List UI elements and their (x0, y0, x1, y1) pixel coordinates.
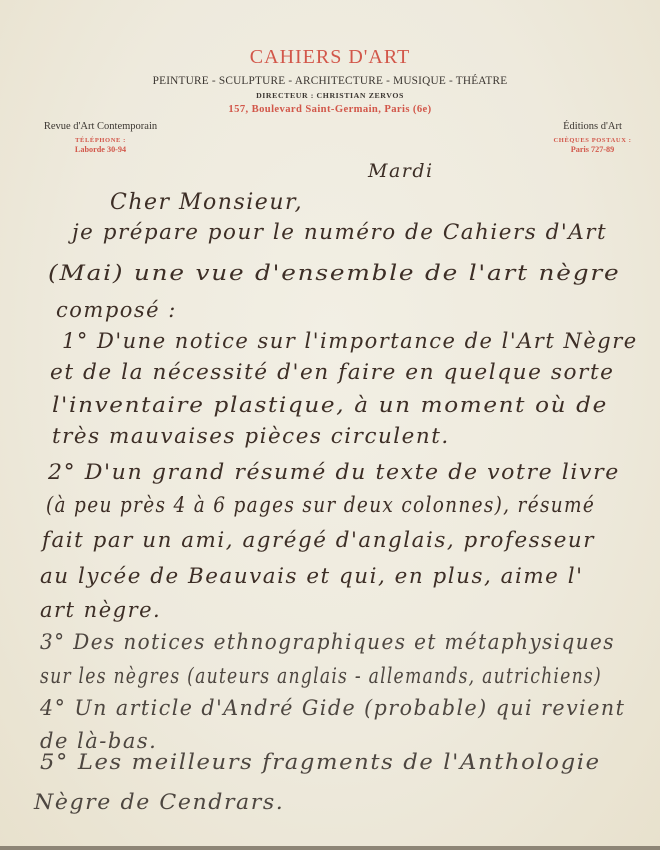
letter-salutation: Cher Monsieur, (110, 190, 303, 215)
letter-line: 5° Les meilleurs fragments de l'Antholog… (40, 750, 601, 774)
letter-line: 3° Des notices ethnographiques et métaph… (40, 630, 615, 654)
letter-line: 2° D'un grand résumé du texte de votre l… (48, 460, 620, 484)
letter-line: je prépare pour le numéro de Cahiers d'A… (72, 220, 607, 244)
letter-line: Nègre de Cendrars. (34, 790, 284, 814)
letter-line: fait par un ami, agrégé d'anglais, profe… (42, 528, 595, 552)
postal-cheques-label: CHÈQUES POSTAUX : (545, 137, 640, 144)
letter-line: art nègre. (40, 598, 161, 622)
letter-line: composé : (56, 298, 177, 322)
letter-line: très mauvaises pièces circulent. (52, 424, 450, 448)
letter-line: 1° D'une notice sur l'importance de l'Ar… (62, 329, 638, 353)
letter-date: Mardi (368, 160, 434, 182)
letter-page: CAHIERS D'ART PEINTURE - SCULPTURE - ARC… (0, 0, 660, 850)
letter-line: (à peu près 4 à 6 pages sur deux colonne… (46, 493, 595, 517)
telephone-value: Laborde 30-94 (38, 145, 163, 154)
postal-cheques-value: Paris 727-89 (545, 145, 640, 154)
review-title: Revue d'Art Contemporain (38, 121, 163, 132)
letter-line: au lycée de Beauvais et qui, en plus, ai… (40, 564, 584, 588)
letter-line: (Mai) une vue d'ensemble de l'art nègre (48, 261, 620, 285)
letter-line: l'inventaire plastique, à un moment où d… (52, 393, 608, 417)
letterhead-subtitle: PEINTURE - SCULPTURE - ARCHITECTURE - MU… (0, 75, 660, 87)
letter-line: 4° Un article d'André Gide (probable) qu… (40, 696, 625, 720)
editions-title: Éditions d'Art (545, 121, 640, 132)
letter-line: sur les nègres (auteurs anglais - allema… (40, 664, 602, 688)
letterhead-title: CAHIERS D'ART (0, 46, 660, 69)
letterhead-director: DIRECTEUR : CHRISTIAN ZERVOS (0, 91, 660, 100)
letter-line: et de la nécessité d'en faire en quelque… (50, 360, 615, 384)
telephone-label: TÉLÉPHONE : (38, 137, 163, 144)
letterhead-address: 157, Boulevard Saint-Germain, Paris (6e) (0, 104, 660, 115)
letterhead-right-block: Éditions d'Art CHÈQUES POSTAUX : Paris 7… (545, 121, 640, 154)
letterhead-left-block: Revue d'Art Contemporain TÉLÉPHONE : Lab… (38, 121, 163, 154)
